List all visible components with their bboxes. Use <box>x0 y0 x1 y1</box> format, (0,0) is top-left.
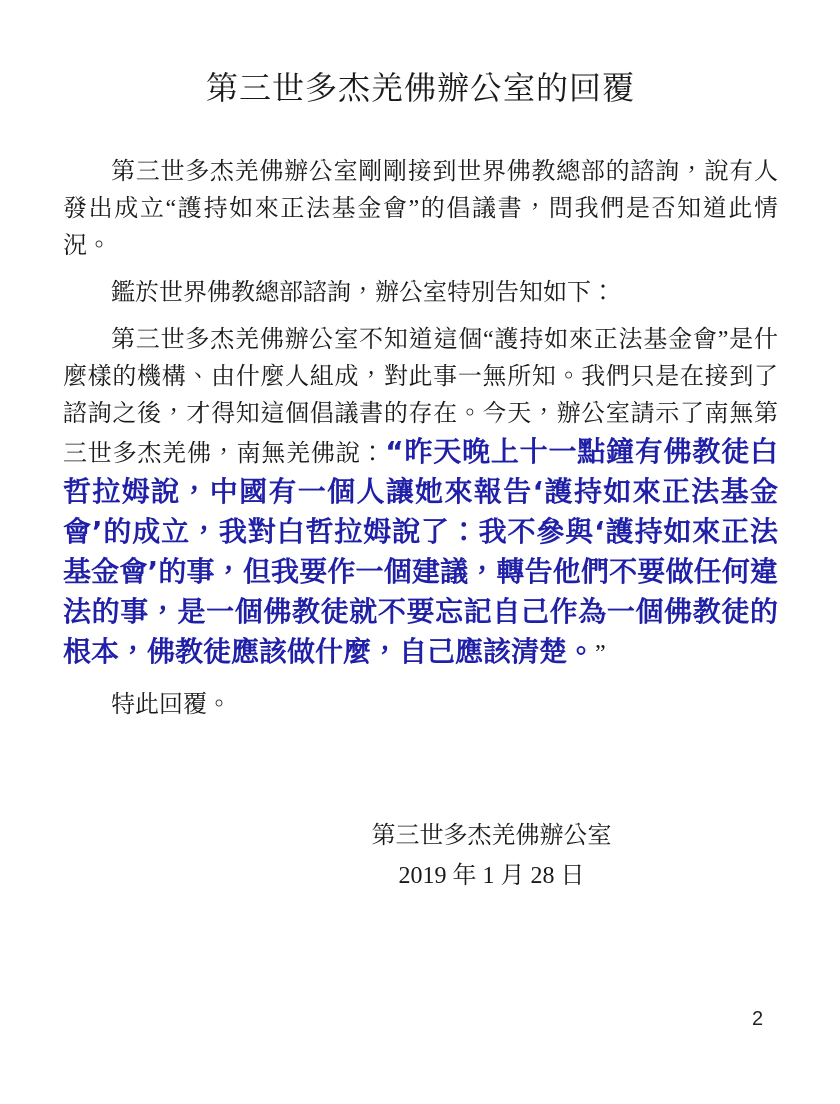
signature-date: 2019 年 1 月 28 日 <box>205 856 778 896</box>
document-page: 第三世多杰羌佛辦公室的回覆 第三世多杰羌佛辦公室剛剛接到世界佛教總部的諮詢，說有… <box>0 0 840 1104</box>
signature-block: 第三世多杰羌佛辦公室 2019 年 1 月 28 日 <box>63 816 778 896</box>
document-title: 第三世多杰羌佛辦公室的回覆 <box>63 68 778 108</box>
quote-closing-mark: ” <box>595 641 606 667</box>
paragraph-inquiry: 第三世多杰羌佛辦公室剛剛接到世界佛教總部的諮詢，說有人發出成立“護持如來正法基金… <box>63 154 778 265</box>
paragraph-closing: 特此回覆。 <box>63 687 778 724</box>
paragraph-notice-intro: 鑑於世界佛教總部諮詢，辦公室特別告知如下： <box>63 275 778 312</box>
page-number: 2 <box>752 1008 763 1031</box>
paragraph-reply-body: 第三世多杰羌佛辦公室不知道這個“護持如來正法基金會”是什麼樣的機構、由什麼人組成… <box>63 322 778 673</box>
signature-office-name: 第三世多杰羌佛辦公室 <box>205 816 778 856</box>
buddha-quote-text: “昨天晚上十一點鐘有佛教徒白哲拉姆說，中國有一個人讓她來報告‘護持如來正法基金會… <box>63 435 778 668</box>
